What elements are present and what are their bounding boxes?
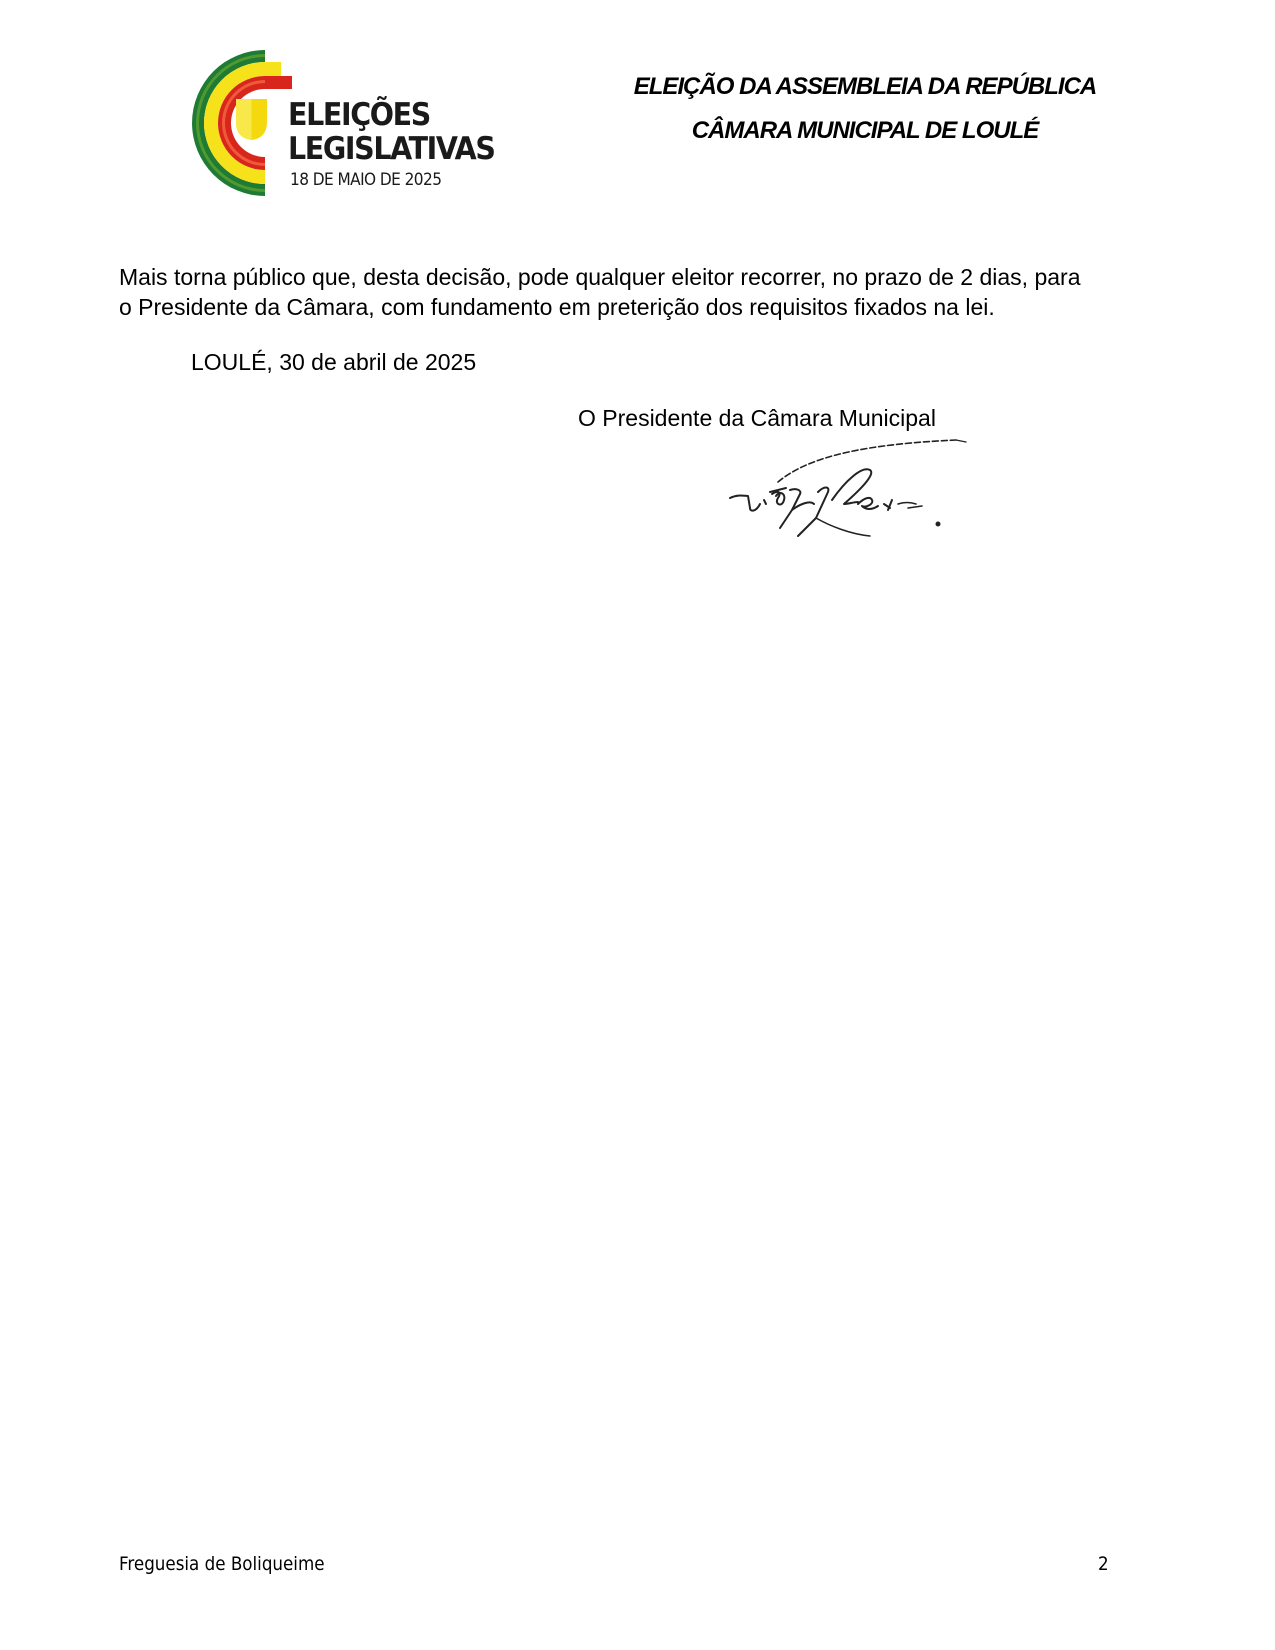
place-and-date: LOULÉ, 30 de abril de 2025 <box>191 347 476 377</box>
handwritten-signature-icon <box>720 430 970 550</box>
paragraph-line-2: o Presidente da Câmara, com fundamento e… <box>119 292 1159 322</box>
signature <box>720 430 970 550</box>
header-subtitle: CÂMARA MUNICIPAL DE LOULÉ <box>565 117 1165 145</box>
header-title: ELEIÇÃO DA ASSEMBLEIA DA REPÚBLICA <box>565 73 1165 101</box>
logo-title-line1: ELEIÇÕES <box>288 98 495 132</box>
footer-parish-name: Freguesia de Boliqueime <box>119 1553 325 1575</box>
logo-text: ELEIÇÕES LEGISLATIVAS 18 DE MAIO DE 2025 <box>288 98 512 189</box>
logo-title-line2: LEGISLATIVAS <box>288 132 495 166</box>
paragraph-line-1: Mais torna público que, desta decisão, p… <box>119 262 1159 292</box>
notice-paragraph: Mais torna público que, desta decisão, p… <box>119 262 1159 322</box>
logo-election-date: 18 DE MAIO DE 2025 <box>290 170 497 189</box>
page-number: 2 <box>1098 1553 1109 1575</box>
signatory-title: O Presidente da Câmara Municipal <box>578 403 936 433</box>
